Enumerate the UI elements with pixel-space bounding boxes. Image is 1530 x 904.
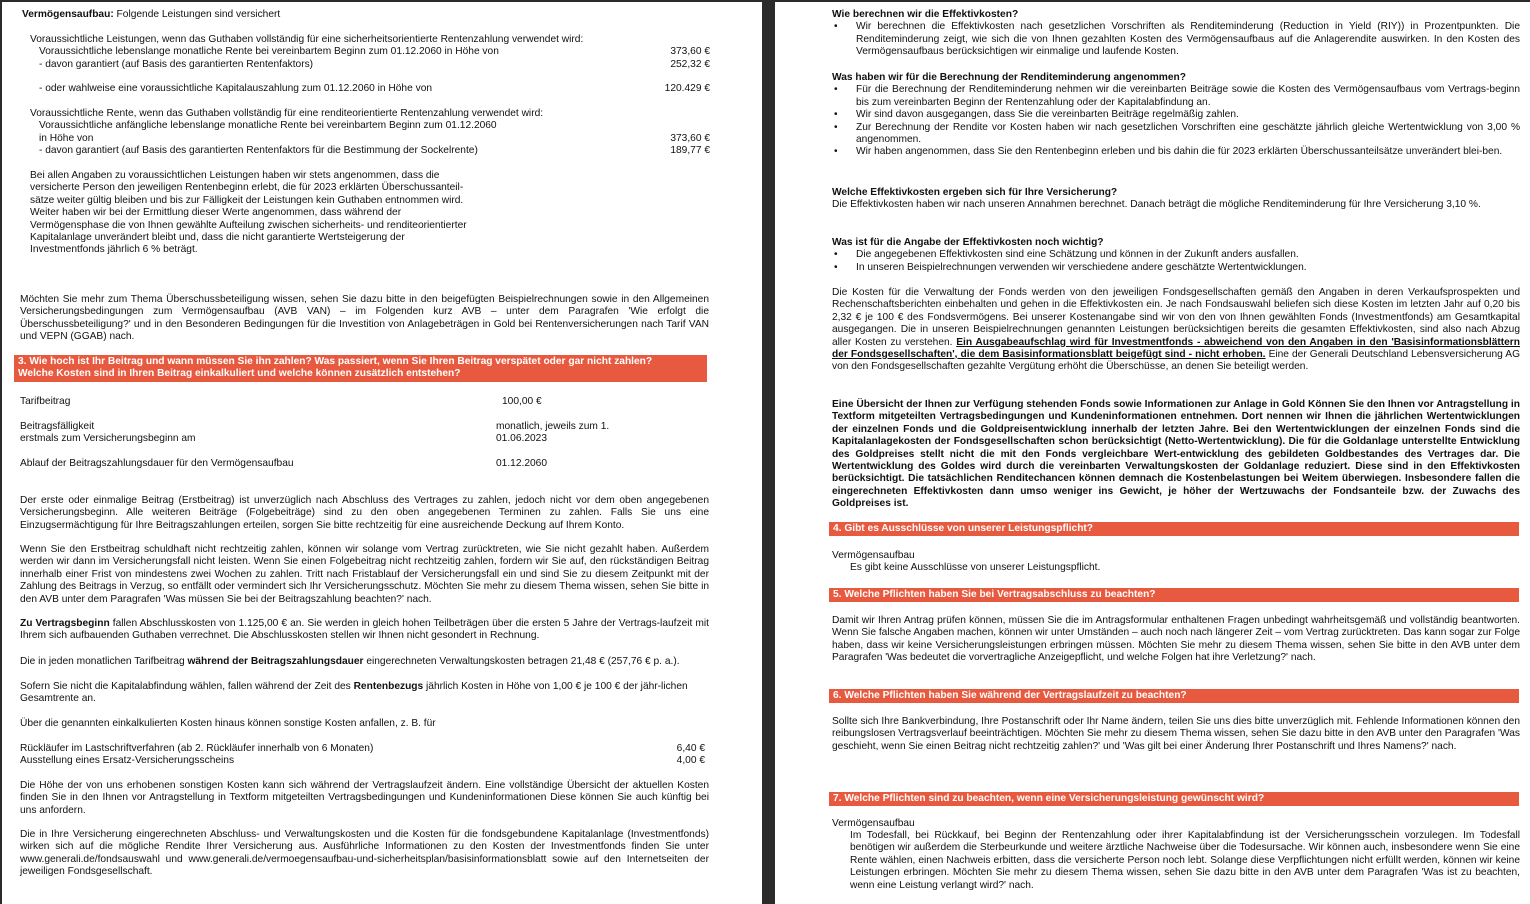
assumption-line: Vermögensphase die von Ihnen gewählte Au… bbox=[30, 220, 510, 232]
section-3-title-line2: Welche Kosten sind in Ihren Beitrag eink… bbox=[18, 368, 703, 380]
document-page-right: Wie berechnen wir die Effektivkosten? Wi… bbox=[775, 0, 1530, 904]
benefit-amount: 189,77 € bbox=[670, 145, 710, 157]
other-cost-label: Ausstellung eines Ersatz-Versicherungssc… bbox=[20, 755, 234, 766]
other-cost-row: Ausstellung eines Ersatz-Versicherungssc… bbox=[20, 755, 705, 767]
start-label: erstmals zum Versicherungsbeginn am bbox=[20, 433, 196, 445]
benefit-row: - davon garantiert (auf Basis des garant… bbox=[39, 59, 710, 71]
first-premium-paragraph: Der erste oder einmalige Beitrag (Erstbe… bbox=[20, 495, 709, 532]
benefit-row: Voraussichtliche lebenslange monatliche … bbox=[39, 46, 710, 58]
assumption-line: Kapitalanlage unverändert bleibt und, da… bbox=[30, 232, 510, 244]
benefits-title-bold: Vermögensaufbau: bbox=[22, 9, 114, 20]
section-7-subheading: Vermögensaufbau bbox=[832, 818, 915, 830]
bullet-item: Zur Berechnung der Rendite vor Kosten ha… bbox=[832, 122, 1520, 147]
other-cost-amount: 6,40 € bbox=[677, 743, 705, 755]
section-4-subheading: Vermögensaufbau bbox=[832, 550, 915, 562]
benefit-row: in Höhe von 373,60 € bbox=[39, 133, 710, 145]
yield-benefits-rows: in Höhe von 373,60 € - davon garantiert … bbox=[39, 133, 710, 158]
effective-costs-important-block: Was ist für die Angabe der Effektivkoste… bbox=[832, 237, 1520, 274]
benefits-title-rest: Folgende Leistungen sind versichert bbox=[114, 9, 281, 20]
document-page-left: Vermögensaufbau: Folgende Leistungen sin… bbox=[2, 0, 762, 904]
effective-costs-result-heading: Welche Effektivkosten ergeben sich für I… bbox=[832, 187, 1520, 199]
admin-bold: während der Beitragszahlungsdauer bbox=[187, 656, 363, 667]
section-7-text: Im Todesfall, bei Rückkauf, bei Beginn d… bbox=[850, 830, 1520, 892]
section-4-header: 4. Gibt es Ausschlüsse von unserer Leist… bbox=[829, 522, 1519, 536]
assumption-line: Bei allen Angaben zu voraussichtlichen L… bbox=[30, 170, 510, 182]
effective-costs-calc-heading: Wie berechnen wir die Effektivkosten? bbox=[832, 9, 1520, 21]
section-4-text: Es gibt keine Ausschlüsse von unserer Le… bbox=[850, 562, 1100, 574]
benefit-amount: 373,60 € bbox=[670, 46, 710, 58]
cost-change-paragraph: Die Höhe der von uns erhobenen sonstigen… bbox=[20, 780, 709, 817]
surplus-participation-paragraph: Möchten Sie mehr zum Thema Überschussbet… bbox=[20, 294, 709, 344]
benefit-row: - davon garantiert (auf Basis des garant… bbox=[39, 145, 710, 157]
section-5-header: 5. Welche Pflichten haben Sie bei Vertra… bbox=[829, 588, 1519, 602]
yield-benefits-heading: Voraussichtliche Rente, wenn das Guthabe… bbox=[30, 108, 710, 120]
benefit-amount: 252,32 € bbox=[670, 59, 710, 71]
benefits-title: Vermögensaufbau: Folgende Leistungen sin… bbox=[22, 9, 280, 21]
safe-benefits-block: Voraussichtliche Leistungen, wenn das Gu… bbox=[30, 34, 710, 96]
bullet-item: Wir haben angenommen, dass Sie den Rente… bbox=[832, 146, 1520, 158]
end-label: Ablauf der Beitragszahlungsdauer für den… bbox=[20, 458, 294, 470]
assumption-line: versicherte Person den jeweiligen Renten… bbox=[30, 182, 510, 194]
other-cost-label: Rückläufer im Lastschriftverfahren (ab 2… bbox=[20, 743, 373, 754]
assumptions-right-block: Was haben wir für die Berechnung der Ren… bbox=[832, 72, 1520, 159]
section-3-header: 3. Wie hoch ist Ihr Beitrag und wann müs… bbox=[14, 355, 707, 382]
benefit-label: - oder wahlweise eine voraussichtliche K… bbox=[39, 83, 432, 94]
effective-costs-calc-block: Wie berechnen wir die Effektivkosten? Wi… bbox=[832, 9, 1520, 59]
pension-bold: Rentenbezugs bbox=[354, 681, 424, 692]
safe-benefits-heading: Voraussichtliche Leistungen, wenn das Gu… bbox=[30, 34, 710, 46]
fund-costs-paragraph: Die Kosten für die Verwaltung der Fonds … bbox=[832, 287, 1520, 374]
admin-post: eingerechneten Verwaltungskosten betrage… bbox=[364, 656, 680, 667]
tarif-value: 100,00 € bbox=[502, 396, 542, 408]
pension-pre: Sofern Sie nicht die Kapitalabfindung wä… bbox=[20, 681, 354, 692]
other-costs-list: Rückläufer im Lastschriftverfahren (ab 2… bbox=[20, 743, 705, 768]
assumptions-block: Bei allen Angaben zu voraussichtlichen L… bbox=[30, 170, 510, 257]
bullet-item: Die angegebenen Effektivkosten sind eine… bbox=[832, 249, 1520, 261]
pension-costs-paragraph: Sofern Sie nicht die Kapitalabfindung wä… bbox=[20, 681, 709, 706]
benefit-row: - oder wahlweise eine voraussichtliche K… bbox=[39, 83, 710, 95]
assumption-line: sätze weiter gültig bleiben und bis zur … bbox=[30, 195, 510, 207]
benefit-label: - davon garantiert (auf Basis des garant… bbox=[39, 145, 478, 156]
section-7-header: 7. Welche Pflichten sind zu beachten, we… bbox=[829, 792, 1519, 806]
assumption-line: Weiter haben wir bei der Ermittlung dies… bbox=[30, 207, 510, 219]
acquisition-bold: Zu Vertragsbeginn bbox=[20, 618, 110, 629]
yield-benefits-line: Voraussichtliche anfängliche lebenslange… bbox=[39, 120, 710, 132]
effective-costs-result-block: Welche Effektivkosten ergeben sich für I… bbox=[832, 187, 1520, 212]
bullet-item: Wir sind davon ausgegangen, dass Sie die… bbox=[832, 109, 1520, 121]
gold-investment-paragraph: Eine Übersicht der Ihnen zur Verfügung s… bbox=[832, 399, 1520, 511]
benefit-amount: 373,60 € bbox=[670, 133, 710, 145]
section-3-title-line1: 3. Wie hoch ist Ihr Beitrag und wann müs… bbox=[18, 356, 703, 368]
bullet-item: In unseren Beispielrechnungen verwenden … bbox=[832, 262, 1520, 274]
acquisition-rest: fallen Abschlusskosten von 1.125,00 € an… bbox=[20, 618, 709, 641]
effective-costs-important-heading: Was ist für die Angabe der Effektivkoste… bbox=[832, 237, 1520, 249]
assumption-line: Investmentfonds jährlich 6 % beträgt. bbox=[30, 244, 510, 256]
benefit-label: in Höhe von bbox=[39, 133, 93, 144]
bullet-item: Für die Berechnung der Renditeminderung … bbox=[832, 84, 1520, 109]
tarif-label: Tarifbeitrag bbox=[20, 396, 70, 408]
benefit-amount: 120.429 € bbox=[665, 83, 710, 95]
benefit-label: Voraussichtliche lebenslange monatliche … bbox=[39, 46, 499, 57]
effective-costs-result-text: Die Effektivkosten haben wir nach unsere… bbox=[832, 199, 1520, 211]
other-cost-amount: 4,00 € bbox=[677, 755, 705, 767]
other-costs-intro: Über die genannten einkalkulierten Koste… bbox=[20, 718, 436, 730]
return-impact-paragraph: Die in Ihre Versicherung eingerechneten … bbox=[20, 829, 709, 879]
benefit-label: - davon garantiert (auf Basis des garant… bbox=[39, 59, 313, 70]
admin-costs-paragraph: Die in jeden monatlichen Tarifbeitrag wä… bbox=[20, 656, 709, 668]
section-6-header: 6. Welche Pflichten haben Sie während de… bbox=[829, 689, 1519, 703]
due-label: Beitragsfälligkeit bbox=[20, 421, 94, 433]
section-6-text: Sollte sich Ihre Bankverbindung, Ihre Po… bbox=[832, 716, 1520, 753]
other-cost-row: Rückläufer im Lastschriftverfahren (ab 2… bbox=[20, 743, 705, 755]
assumptions-right-heading: Was haben wir für die Berechnung der Ren… bbox=[832, 72, 1520, 84]
end-value: 01.12.2060 bbox=[496, 458, 547, 470]
safe-benefits-rows: Voraussichtliche lebenslange monatliche … bbox=[39, 46, 710, 71]
due-value: monatlich, jeweils zum 1. bbox=[496, 421, 609, 433]
start-value: 01.06.2023 bbox=[496, 433, 547, 445]
bullet-item: Wir berechnen die Effektivkosten nach ge… bbox=[832, 21, 1520, 58]
capital-payout-row: - oder wahlweise eine voraussichtliche K… bbox=[39, 83, 710, 96]
acquisition-costs-paragraph: Zu Vertragsbeginn fallen Abschlusskosten… bbox=[20, 618, 709, 643]
section-5-text: Damit wir Ihren Antrag prüfen können, mü… bbox=[832, 615, 1520, 665]
admin-pre: Die in jeden monatlichen Tarifbeitrag bbox=[20, 656, 187, 667]
late-payment-paragraph: Wenn Sie den Erstbeitrag schuldhaft nich… bbox=[20, 544, 709, 606]
yield-benefits-block: Voraussichtliche Rente, wenn das Guthabe… bbox=[30, 108, 710, 158]
